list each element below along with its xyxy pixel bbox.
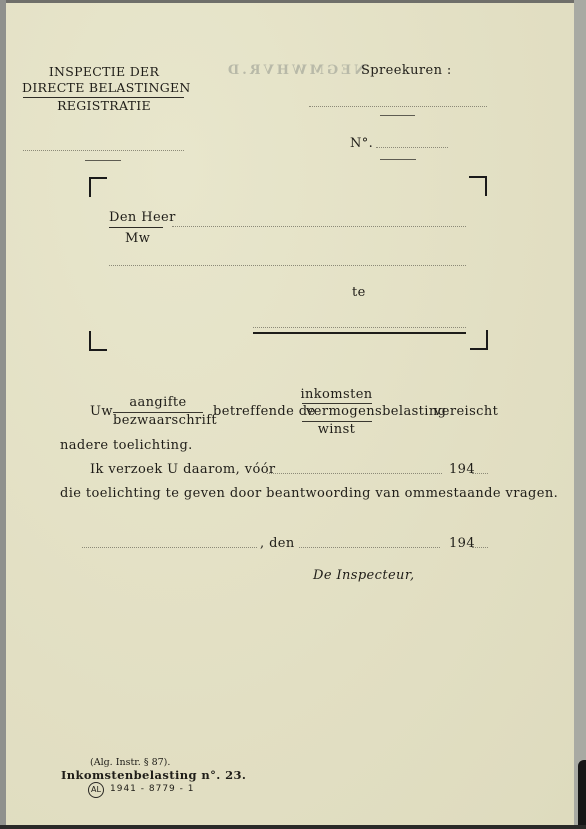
print-code: 1941 - 8779 - 1 [110, 784, 194, 794]
signer-title: De Inspecteur, [313, 568, 415, 583]
text-vereischt: vereischt [434, 404, 498, 419]
salutation-den-heer: Den Heer [109, 210, 176, 225]
address-corner-bottom-left [89, 331, 107, 351]
den-label: , den [260, 536, 295, 551]
place-underline [253, 332, 466, 334]
address-corner-top-right [469, 176, 487, 196]
recipient-address-field[interactable] [109, 265, 466, 266]
signing-year-prefix: 194 [449, 536, 475, 551]
place-field[interactable] [253, 327, 466, 328]
office-line-2: DIRECTE BELASTINGEN [22, 80, 186, 95]
form-title: Inkomstenbelasting n°. 23. [61, 768, 246, 782]
text-nadere-toelichting: nadere toelichting. [60, 438, 193, 453]
office-hours-short-rule [380, 115, 415, 116]
number-short-rule [380, 159, 416, 160]
text-uw: Uw [90, 404, 113, 419]
signing-place-field[interactable] [82, 547, 257, 548]
signing-year-field[interactable] [472, 547, 488, 548]
place-label: te [352, 285, 366, 300]
address-corner-top-left [89, 177, 107, 197]
instruction-reference: (Alg. Instr. § 87). [90, 757, 170, 768]
choice-vermogensbelasting[interactable]: vermogensbelasting [306, 404, 446, 419]
printer-logo-icon: AL [88, 782, 104, 798]
recipient-name-field[interactable] [172, 226, 466, 227]
office-hours-field[interactable] [309, 106, 487, 107]
choice-inkomsten[interactable]: inkomsten [300, 387, 373, 402]
scan-right-edge [574, 0, 586, 829]
office-line-1: INSPECTIE DER [22, 64, 186, 79]
signing-date-field[interactable] [299, 547, 440, 548]
choice-aangifte[interactable]: aangifte [113, 395, 203, 410]
text-request: Ik verzoek U daarom, vóór [90, 462, 276, 477]
salutation-mw: Mw [125, 231, 150, 246]
office-short-rule [85, 160, 121, 161]
number-label: N°. [350, 136, 373, 151]
deadline-year-field[interactable] [472, 473, 488, 474]
number-field[interactable] [376, 147, 448, 148]
choice-bezwaarschrift[interactable]: bezwaarschrift [113, 413, 203, 428]
address-corner-bottom-right [470, 330, 488, 350]
deadline-year-prefix: 194 [449, 462, 475, 477]
choice-winst[interactable]: winst [300, 422, 373, 437]
text-instructions: die toelichting te geven door beantwoord… [60, 486, 558, 501]
deadline-date-field[interactable] [267, 473, 442, 474]
text-betreffende: betreffende de [213, 404, 316, 419]
office-hours-label: Spreekuren : [361, 63, 452, 78]
bleed-through-text: NEGMWHVR.D [225, 63, 366, 78]
office-dotted-line [23, 150, 184, 151]
scan-right-shadow [578, 760, 586, 829]
scan-bottom-edge [0, 825, 586, 829]
office-line-3: REGISTRATIE [22, 98, 186, 113]
salutation-divider [109, 227, 163, 228]
